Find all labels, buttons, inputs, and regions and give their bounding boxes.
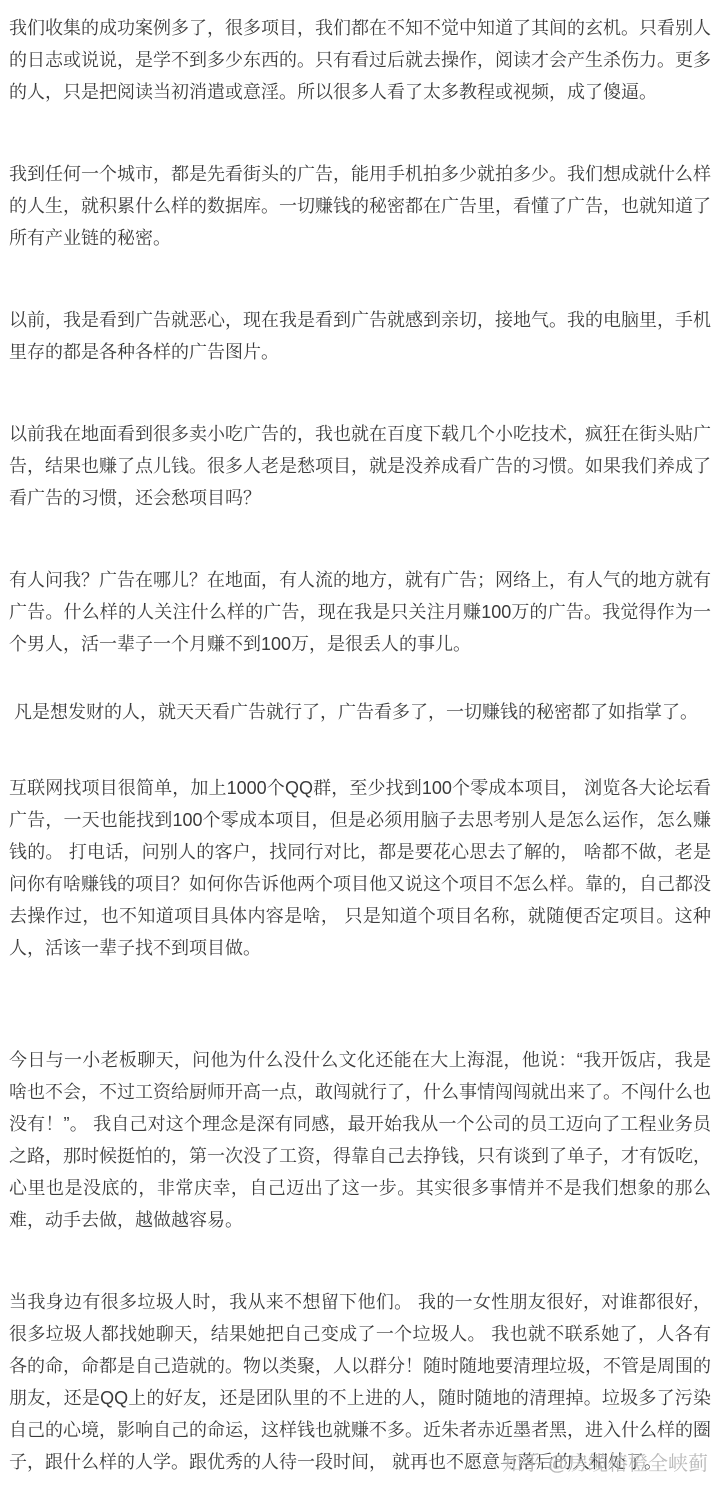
paragraph: 有人问我？广告在哪儿？在地面，有人流的地方，就有广告；网络上，有人气的地方就有广… [9,564,711,660]
paragraph: 互联网找项目很简单，加上1000个QQ群，至少找到100个零成本项目， 浏览各大… [9,772,711,964]
paragraph: 今日与一小老板聊天，问他为什么没什么文化还能在大上海混，他说：“我开饭店，我是啥… [9,1044,711,1236]
article-page: { "page": { "background": "#ffffff", "te… [0,0,720,1488]
paragraph: 以前我在地面看到很多卖小吃广告的，我也就在百度下载几个小吃技术，疯狂在街头贴广告… [9,418,711,514]
paragraph: 凡是想发财的人，就天天看广告就行了，广告看多了，一切赚钱的秘密都了如指掌了。 [9,696,711,728]
paragraph: 我们收集的成功案例多了，很多项目，我们都在不知不觉中知道了其间的玄机。只看别人的… [9,12,711,108]
article-body: 我们收集的成功案例多了，很多项目，我们都在不知不觉中知道了其间的玄机。只看别人的… [0,0,720,1488]
paragraph: 当我身边有很多垃圾人时，我从来不想留下他们。 我的一女性朋友很好，对谁都很好，很… [9,1286,711,1478]
paragraph: 我到任何一个城市，都是先看街头的广告，能用手机拍多少就拍多少。我们想成就什么样的… [9,158,711,254]
paragraph: 以前，我是看到广告就恶心，现在我是看到广告就感到亲切，接地气。我的电脑里，手机里… [9,304,711,368]
